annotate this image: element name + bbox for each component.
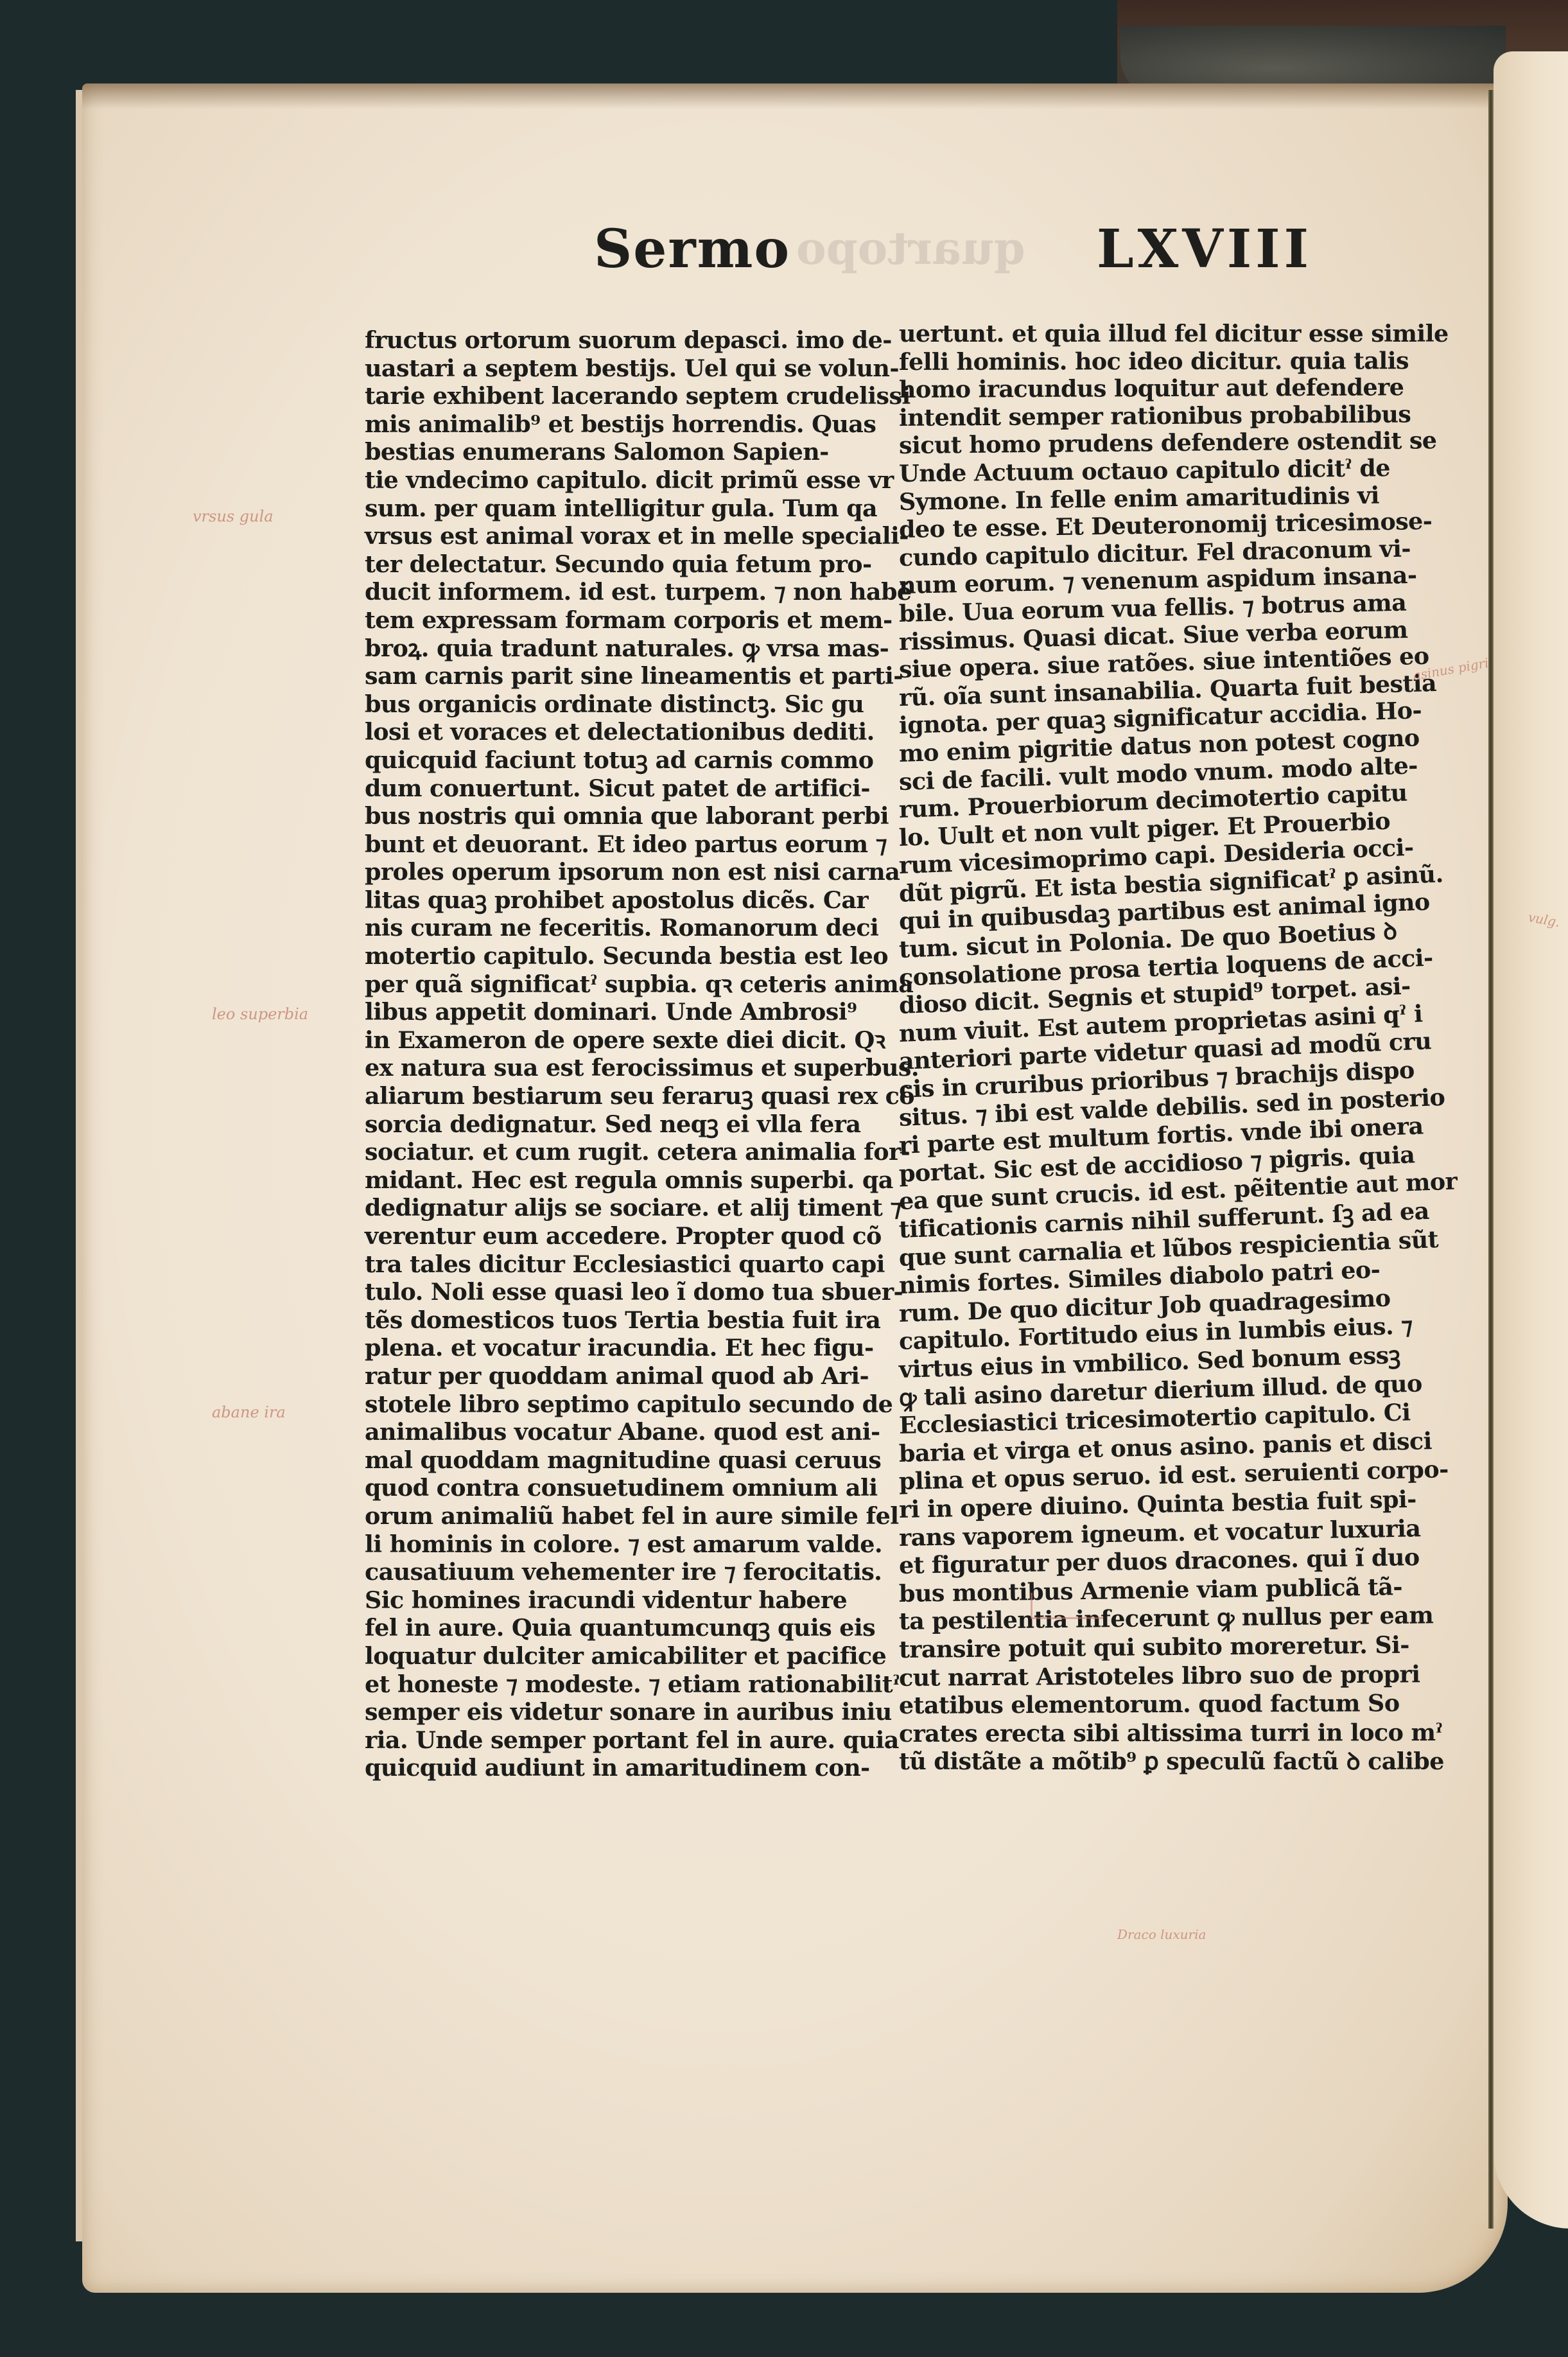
text-line: dedignatur alijs se sociare. et alij tim… (365, 1194, 885, 1222)
text-line: tem expressam formam corporis et mem- (365, 606, 885, 635)
marginal-note: vrsus gula (193, 507, 274, 525)
text-line: bestias enumerans Salomon Sapien- (365, 438, 885, 466)
text-line: felli hominis. hoc ideo dicitur. quia ta… (899, 347, 1425, 376)
text-line: loquatur dulciter amicabiliter et pacifi… (365, 1642, 885, 1670)
text-line: litas quaꝫ prohibet apostolus dicẽs. Car (365, 886, 885, 915)
text-line: tulo. Noli esse quasi leo ĩ domo tua sbu… (365, 1278, 885, 1306)
facing-page-edge (1494, 51, 1568, 2229)
text-line: li hominis in colore. ⁊ est amarum valde… (365, 1530, 885, 1559)
text-line: verentur eum accedere. Propter quod cõ (365, 1222, 885, 1250)
text-line: fructus ortorum suorum depasci. imo de- (365, 326, 885, 355)
text-line: quicquid faciunt totuꝫ ad carnis commo (365, 746, 885, 775)
text-line: tra tales dicitur Ecclesiastici quarto c… (365, 1250, 885, 1279)
text-line: losi et voraces et delectationibus dedit… (365, 718, 885, 746)
text-line: animalibus vocatur Abane. quod est ani- (365, 1418, 885, 1446)
text-line: bus nostris qui omnia que laborant perbi (365, 802, 885, 830)
text-line: uertunt. et quia illud fel dicitur esse … (899, 320, 1425, 348)
text-line: transire potuit qui subito moreretur. Si… (899, 1631, 1425, 1663)
text-line: et honeste ⁊ modeste. ⁊ etiam rationabil… (365, 1670, 885, 1699)
text-line: broꝝ. quia tradunt naturales. ꝙ vrsa mas… (365, 635, 885, 663)
text-line: mal quoddam magnitudine quasi ceruus (365, 1446, 885, 1475)
text-line: uastari a septem bestijs. Uel qui se vol… (365, 355, 885, 383)
text-line: proles operum ipsorum non est nisi carna (365, 858, 885, 886)
text-line: plena. et vocatur iracundia. Et hec figu… (365, 1334, 885, 1362)
text-line: stotele libro septimo capitulo secundo d… (365, 1390, 885, 1419)
text-line: bunt et deuorant. Et ideo partus eorum ⁊ (365, 830, 885, 859)
running-header: Sermo LXVIII (0, 215, 1568, 292)
text-line: in Exameron de opere sexte diei dicit. Q… (365, 1026, 885, 1055)
text-line: dum conuertunt. Sicut patet de artifici- (365, 775, 885, 803)
text-line: mis animalib⁹ et bestijs horrendis. Quas (365, 410, 885, 439)
folio-number: LXVIII (1097, 218, 1312, 280)
text-line: tie vndecimo capitulo. dicit primũ esse … (365, 466, 885, 495)
text-line: tarie exhibent lacerando septem crudelis… (365, 382, 885, 410)
text-line: fel in aure. Quia quantumcunqꝫ quis eis (365, 1614, 885, 1642)
text-line: midant. Hec est regula omnis superbi. qa (365, 1166, 885, 1195)
text-line: ter delectatur. Secundo quia fetum pro- (365, 550, 885, 579)
text-line: ria. Unde semper portant fel in aure. qu… (365, 1726, 885, 1755)
text-line: tẽs domesticos tuos Tertia bestia fuit i… (365, 1306, 885, 1335)
text-line: crates erecta sibi altissima turri in lo… (899, 1719, 1425, 1748)
text-line: ducit informem. id est. turpem. ⁊ non ha… (365, 578, 885, 606)
text-line: quicquid audiunt in amaritudinem con- (365, 1754, 885, 1782)
text-line: sorcia dedignatur. Sed neqꝫ ei vlla fera (365, 1110, 885, 1139)
text-line: ex natura sua est ferocissimus et superb… (365, 1054, 885, 1082)
text-line: cut narrat Aristoteles libro suo de prop… (899, 1660, 1425, 1692)
rubric-bracket (1031, 1593, 1103, 1619)
text-line: per quã significatˀ supbia. qꝛ ceteris a… (365, 970, 885, 999)
text-line: sum. per quam intelligitur gula. Tum qa (365, 495, 885, 523)
marginal-note: abane ira (212, 1403, 286, 1421)
text-line: orum animaliũ habet fel in aure simile f… (365, 1502, 885, 1530)
text-line: bus organicis ordinate distinctꝫ. Sic gu (365, 690, 885, 719)
header-title: Sermo (594, 218, 790, 280)
text-line: aliarum bestiarum seu feraruꝫ quasi rex … (365, 1082, 885, 1110)
text-line: nis curam ne feceritis. Romanorum deci (365, 914, 885, 942)
text-line: homo iracundus loquitur aut defendere (899, 373, 1425, 403)
marginal-note: leo superbia (212, 1005, 308, 1023)
text-line: Sic homines iracundi videntur habere (365, 1586, 885, 1615)
text-line: etatibus elementorum. quod factum So (899, 1689, 1425, 1719)
text-line: motertio capitulo. Secunda bestia est le… (365, 942, 885, 970)
text-line: ratur per quoddam animal quod ab Ari- (365, 1362, 885, 1390)
text-line: causatiuum vehementer ire ⁊ ferocitatis. (365, 1558, 885, 1586)
text-column-left: fructus ortorum suorum depasci. imo de-u… (365, 326, 885, 1782)
text-line: semper eis videtur sonare in auribus ini… (365, 1698, 885, 1726)
book-gutter (1488, 90, 1494, 2229)
text-line: sociatur. et cum rugit. cetera animalia … (365, 1138, 885, 1166)
text-column-right: uertunt. et quia illud fel dicitur esse … (899, 320, 1425, 1776)
text-line: vrsus est animal vorax et in melle speci… (365, 522, 885, 550)
marginal-note: Draco luxuria (1117, 1927, 1206, 1942)
text-line: ta pestilentia infecerunt ꝙ nullus per e… (899, 1602, 1425, 1636)
text-line: quod contra consuetudinem omnium ali (365, 1474, 885, 1502)
text-line: tũ distãte a mõtib⁹ ꝑ speculũ factũ ꝺ ca… (899, 1748, 1425, 1776)
text-line: libus appetit dominari. Unde Ambrosi⁹ (365, 998, 885, 1026)
text-line: sam carnis parit sine lineamentis et par… (365, 662, 885, 690)
